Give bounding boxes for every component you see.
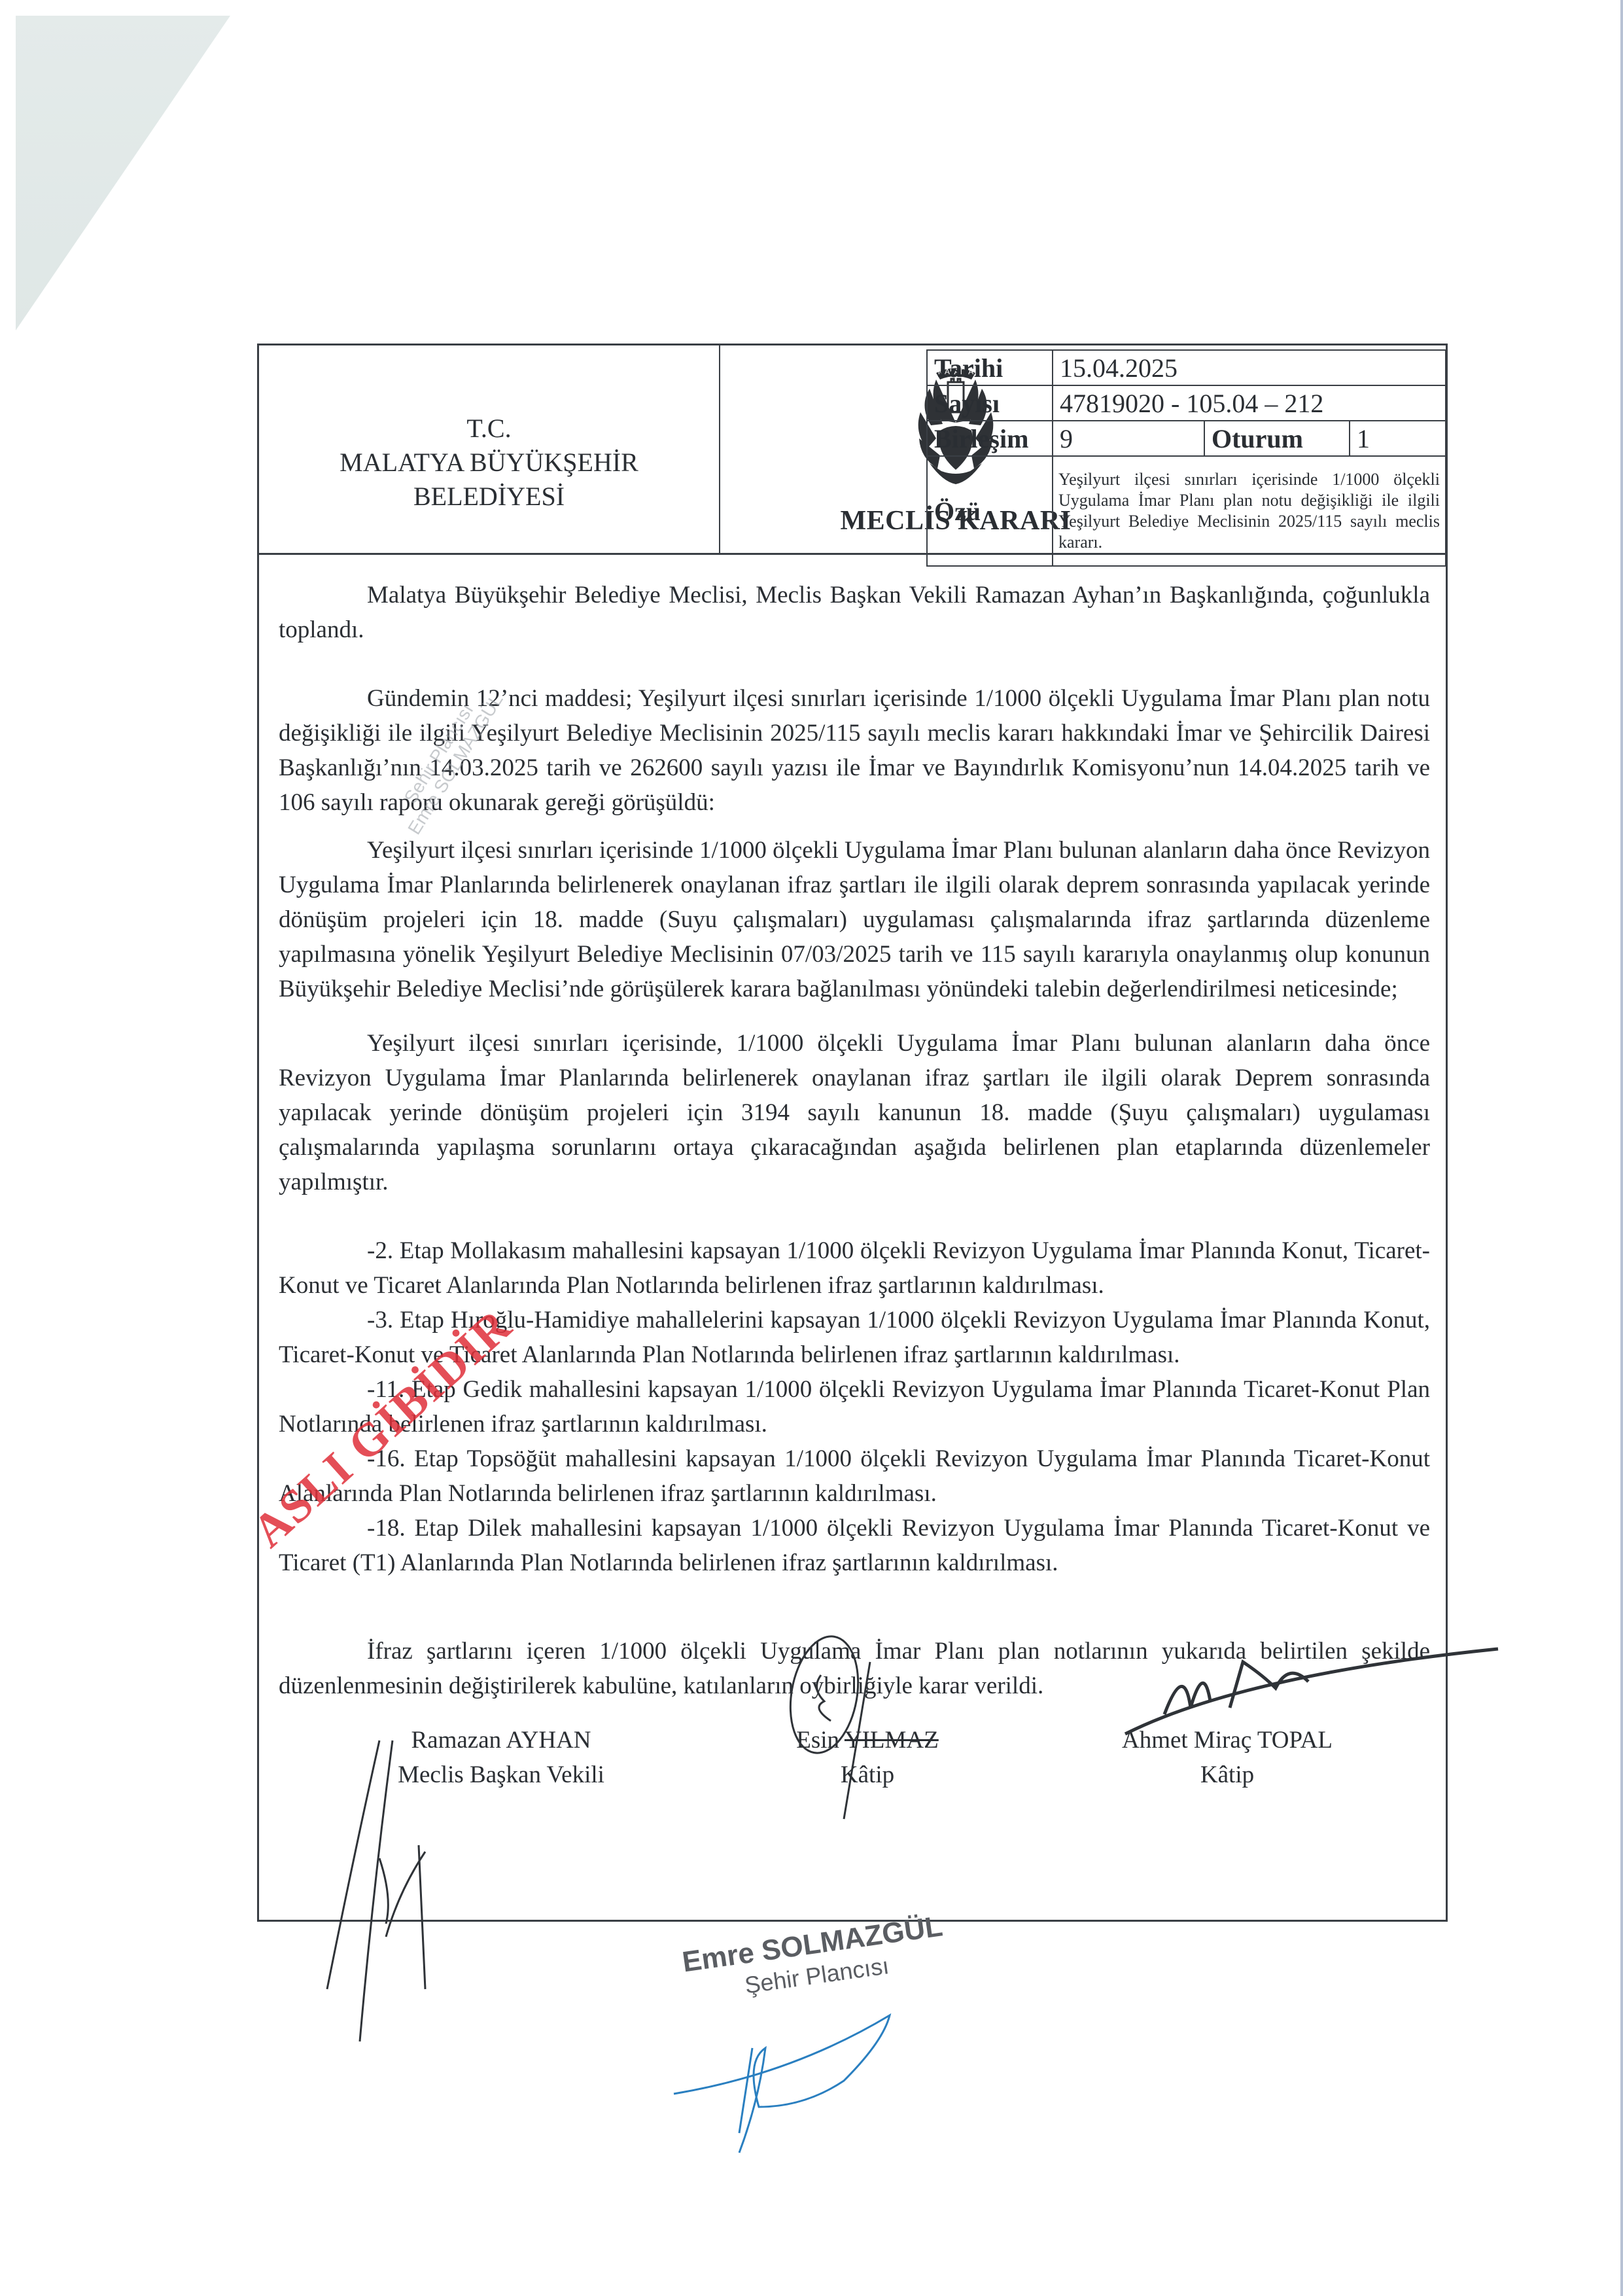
decision-meta-table: Tarihi 15.04.2025 Sayısı 47819020 - 105.… xyxy=(926,349,1446,567)
date-value: 15.04.2025 xyxy=(1053,350,1446,385)
number-value: 47819020 - 105.04 – 212 xyxy=(1053,385,1446,421)
list-item: -16. Etap Topsöğüt mahallesini kapsayan … xyxy=(279,1441,1430,1511)
session-label: Birleşim xyxy=(927,421,1053,456)
request-paragraph: Yeşilyurt ilçesi sınırları içerisinde 1/… xyxy=(279,833,1430,1006)
meta-row-date: Tarihi 15.04.2025 xyxy=(927,350,1446,385)
scan-edge xyxy=(1620,0,1623,2296)
date-label: Tarihi xyxy=(927,350,1053,385)
number-label: Sayısı xyxy=(927,385,1053,421)
signature-chair-icon xyxy=(314,1727,510,2055)
signature-planner-icon xyxy=(661,2002,922,2159)
list-item: -18. Etap Dilek mahallesini kapsayan 1/1… xyxy=(279,1511,1430,1580)
issuer-line-municipality: MALATYA BÜYÜKŞEHİR xyxy=(340,446,638,480)
document-header: T.C. MALATYA BÜYÜKŞEHİR BELEDİYESİ xyxy=(259,345,1446,555)
issuer-line-belediyesi: BELEDİYESİ xyxy=(413,480,565,514)
signature-clerk-2-icon xyxy=(1112,1623,1518,1754)
meta-row-summary: Özü Yeşilyurt ilçesi sınırları içerisind… xyxy=(927,456,1446,566)
signature-clerk-1-icon xyxy=(772,1636,942,1832)
sitting-value: 1 xyxy=(1350,421,1446,456)
issuer-line-tc: T.C. xyxy=(466,412,511,446)
opening-paragraph: Malatya Büyükşehir Belediye Meclisi, Mec… xyxy=(279,578,1430,647)
issuer-block: T.C. MALATYA BÜYÜKŞEHİR BELEDİYESİ xyxy=(259,345,720,553)
sitting-label: Oturum xyxy=(1204,421,1350,456)
meta-row-session: Birleşim 9 Oturum 1 xyxy=(927,421,1446,456)
summary-value: Yeşilyurt ilçesi sınırları içerisinde 1/… xyxy=(1053,456,1446,566)
signer-title: Kâtip xyxy=(1064,1757,1391,1792)
session-value: 9 xyxy=(1053,421,1204,456)
meta-row-number: Sayısı 47819020 - 105.04 – 212 xyxy=(927,385,1446,421)
summary-label: Özü xyxy=(927,456,1053,566)
rationale-paragraph: Yeşilyurt ilçesi sınırları içerisinde, 1… xyxy=(279,1026,1430,1199)
list-item: -2. Etap Mollakasım mahallesini kapsayan… xyxy=(279,1233,1430,1303)
scanned-corner-fold xyxy=(0,0,236,340)
city-planner-stamp: Emre SOLMAZGÜL Şehir Plancısı xyxy=(680,1910,949,2007)
